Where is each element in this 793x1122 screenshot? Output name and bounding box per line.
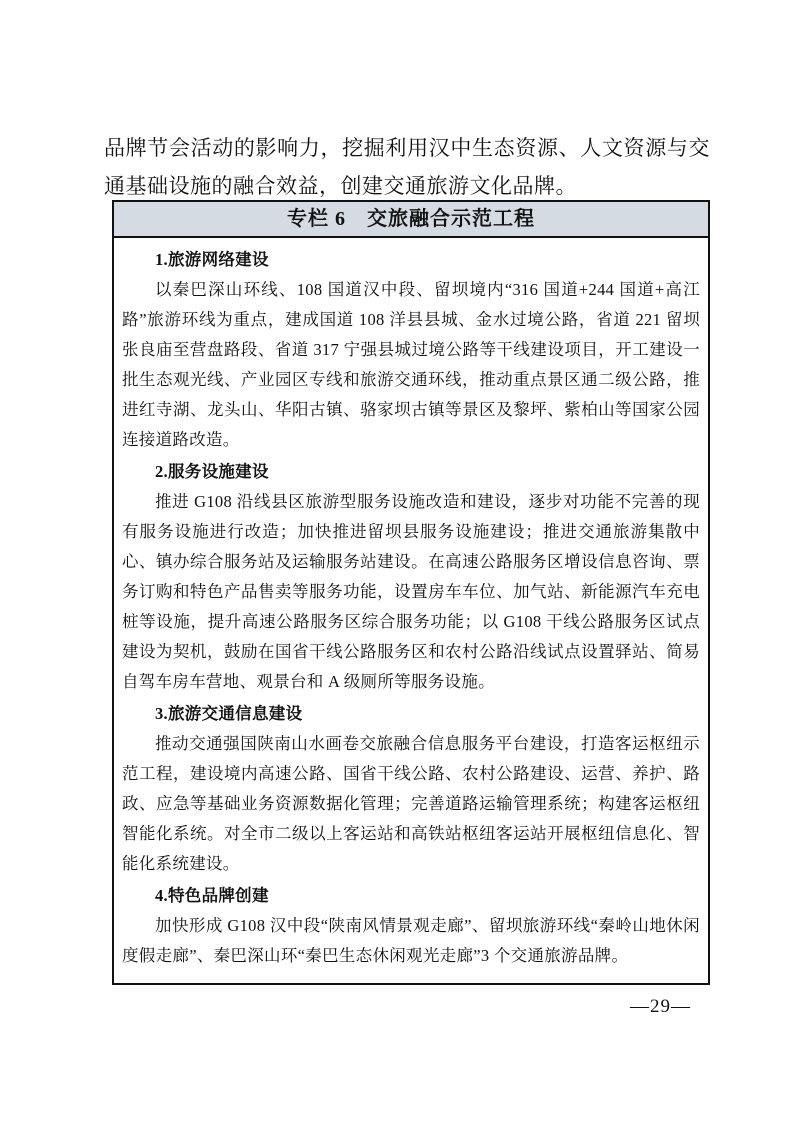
section-body: 推进 G108 沿线县区旅游型服务设施改造和建设，逐步对功能不完善的现有服务设施… <box>122 487 700 697</box>
section-heading: 2.服务设施建设 <box>122 457 700 487</box>
section-heading: 1.旅游网络建设 <box>122 245 700 275</box>
document-page: 品牌节会活动的影响力，挖掘利用汉中生态资源、人文资源与交通基础设施的融合效益，创… <box>0 0 793 1122</box>
section-brand-creation: 4.特色品牌创建 加快形成 G108 汉中段“陕南风情景观走廊”、留坝旅游环线“… <box>122 881 700 971</box>
section-body: 推动交通强国陕南山水画卷交旅融合信息服务平台建设，打造客运枢纽示范工程，建设境内… <box>122 729 700 879</box>
section-body: 以秦巴深山环线、108 国道汉中段、留坝境内“316 国道+244 国道+高江路… <box>122 275 700 455</box>
intro-paragraph: 品牌节会活动的影响力，挖掘利用汉中生态资源、人文资源与交通基础设施的融合效益，创… <box>104 129 710 205</box>
section-service-facilities: 2.服务设施建设 推进 G108 沿线县区旅游型服务设施改造和建设，逐步对功能不… <box>122 457 700 697</box>
section-tourism-traffic-info: 3.旅游交通信息建设 推动交通强国陕南山水画卷交旅融合信息服务平台建设，打造客运… <box>122 699 700 879</box>
feature-box-body: 1.旅游网络建设 以秦巴深山环线、108 国道汉中段、留坝境内“316 国道+2… <box>114 238 708 971</box>
section-heading: 3.旅游交通信息建设 <box>122 699 700 729</box>
feature-box: 专栏 6 交旅融合示范工程 1.旅游网络建设 以秦巴深山环线、108 国道汉中段… <box>112 200 710 985</box>
page-number: —29— <box>630 996 691 1018</box>
feature-box-title: 专栏 6 交旅融合示范工程 <box>114 202 708 238</box>
section-body: 加快形成 G108 汉中段“陕南风情景观走廊”、留坝旅游环线“秦岭山地休闲度假走… <box>122 911 700 971</box>
section-tourism-network: 1.旅游网络建设 以秦巴深山环线、108 国道汉中段、留坝境内“316 国道+2… <box>122 245 700 455</box>
section-heading: 4.特色品牌创建 <box>122 881 700 911</box>
